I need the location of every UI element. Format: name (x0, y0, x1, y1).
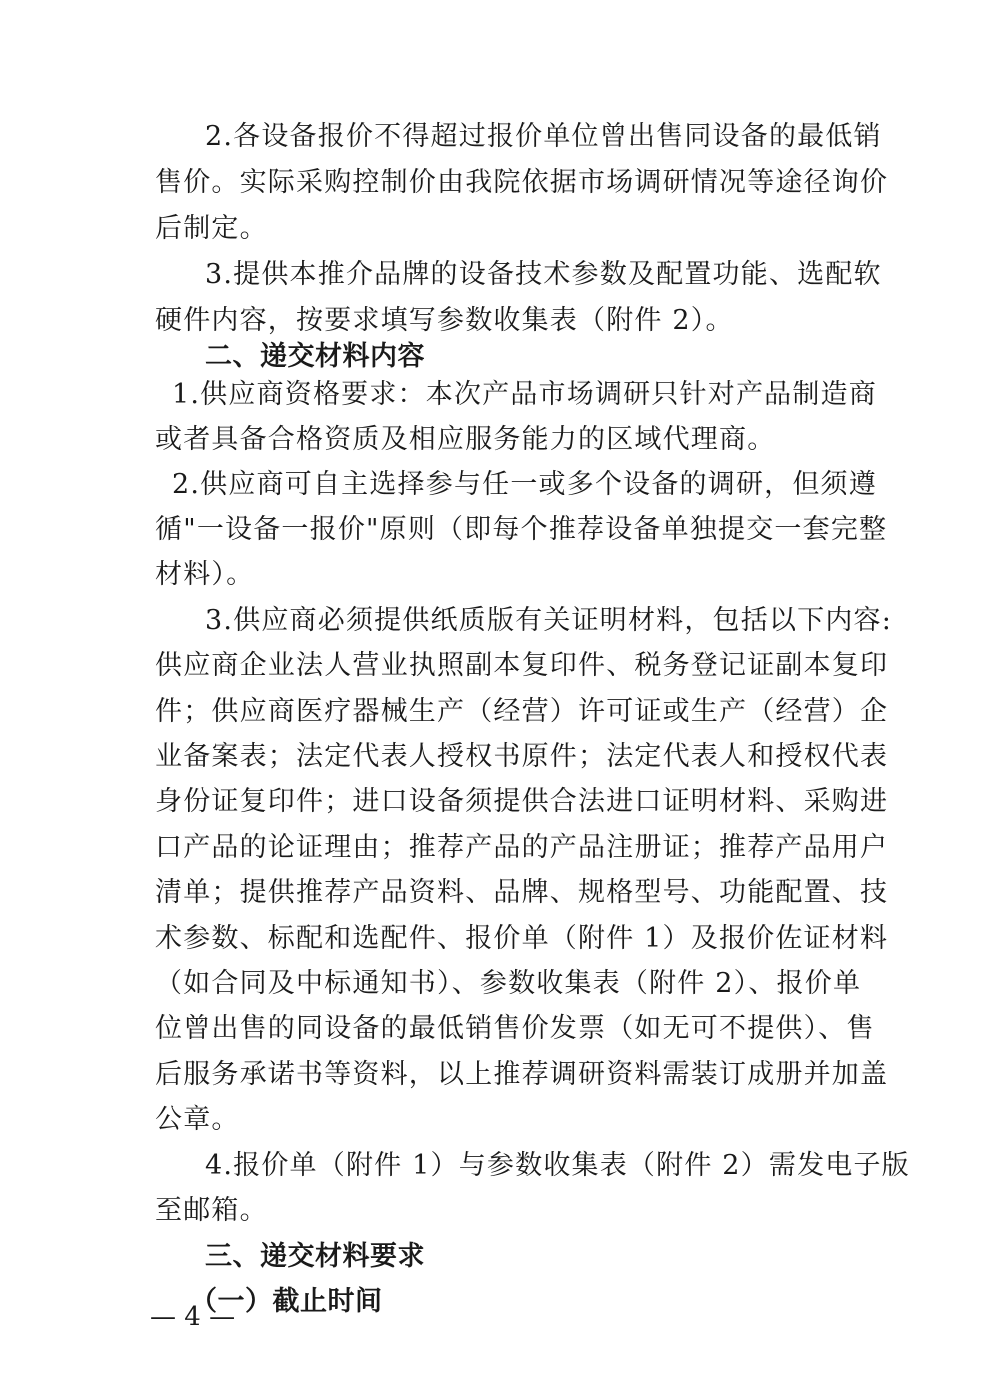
paragraph-line: 4.报价单（附件 1）与参数收集表（附件 2）需发电子版 (205, 1144, 855, 1187)
subsection-heading: （一）截止时间 (190, 1280, 890, 1323)
paragraph-line: 身份证复印件；进口设备须提供合法进口证明材料、采购进 (155, 780, 855, 823)
paragraph-line: 口产品的论证理由；推荐产品的产品注册证；推荐产品用户 (155, 826, 855, 869)
section-heading: 三、递交材料要求 (205, 1235, 855, 1278)
section-heading: 二、递交材料内容 (205, 335, 855, 378)
paragraph-line: （如合同及中标通知书）、参数收集表（附件 2）、报价单 (155, 962, 855, 1005)
paragraph-line: 循"一设备一报价"原则（即每个推荐设备单独提交一套完整 (155, 508, 855, 551)
paragraph-line: 1.供应商资格要求：本次产品市场调研只针对产品制造商 (172, 373, 872, 416)
paragraph-line: 售价。实际采购控制价由我院依据市场调研情况等途径询价 (155, 161, 855, 204)
page-number: — 4 — (150, 1302, 235, 1332)
paragraph-line: 供应商企业法人营业执照副本复印件、税务登记证副本复印 (155, 644, 855, 687)
paragraph-line: 后服务承诺书等资料，以上推荐调研资料需装订成册并加盖 (155, 1053, 855, 1096)
paragraph-line: 件；供应商医疗器械生产（经营）许可证或生产（经营）企 (155, 690, 855, 733)
paragraph-line: 位曾出售的同设备的最低销售价发票（如无可不提供）、售 (155, 1007, 855, 1050)
paragraph-line: 材料）。 (155, 553, 855, 596)
paragraph-line: 2.各设备报价不得超过报价单位曾出售同设备的最低销 (205, 115, 855, 158)
paragraph-line: 后制定。 (155, 207, 855, 250)
paragraph-line: 至邮箱。 (155, 1189, 855, 1232)
paragraph-line: 公章。 (155, 1098, 855, 1141)
paragraph-line: 3.提供本推介品牌的设备技术参数及配置功能、选配软 (205, 253, 855, 296)
paragraph-line: 或者具备合格资质及相应服务能力的区域代理商。 (155, 418, 855, 461)
paragraph-line: 术参数、标配和选配件、报价单（附件 1）及报价佐证材料 (155, 917, 855, 960)
paragraph-line: 清单；提供推荐产品资料、品牌、规格型号、功能配置、技 (155, 871, 855, 914)
paragraph-line: 3.供应商必须提供纸质版有关证明材料，包括以下内容: (205, 599, 855, 642)
paragraph-line: 2.供应商可自主选择参与任一或多个设备的调研，但须遵 (172, 463, 872, 506)
paragraph-line: 业备案表；法定代表人授权书原件；法定代表人和授权代表 (155, 735, 855, 778)
